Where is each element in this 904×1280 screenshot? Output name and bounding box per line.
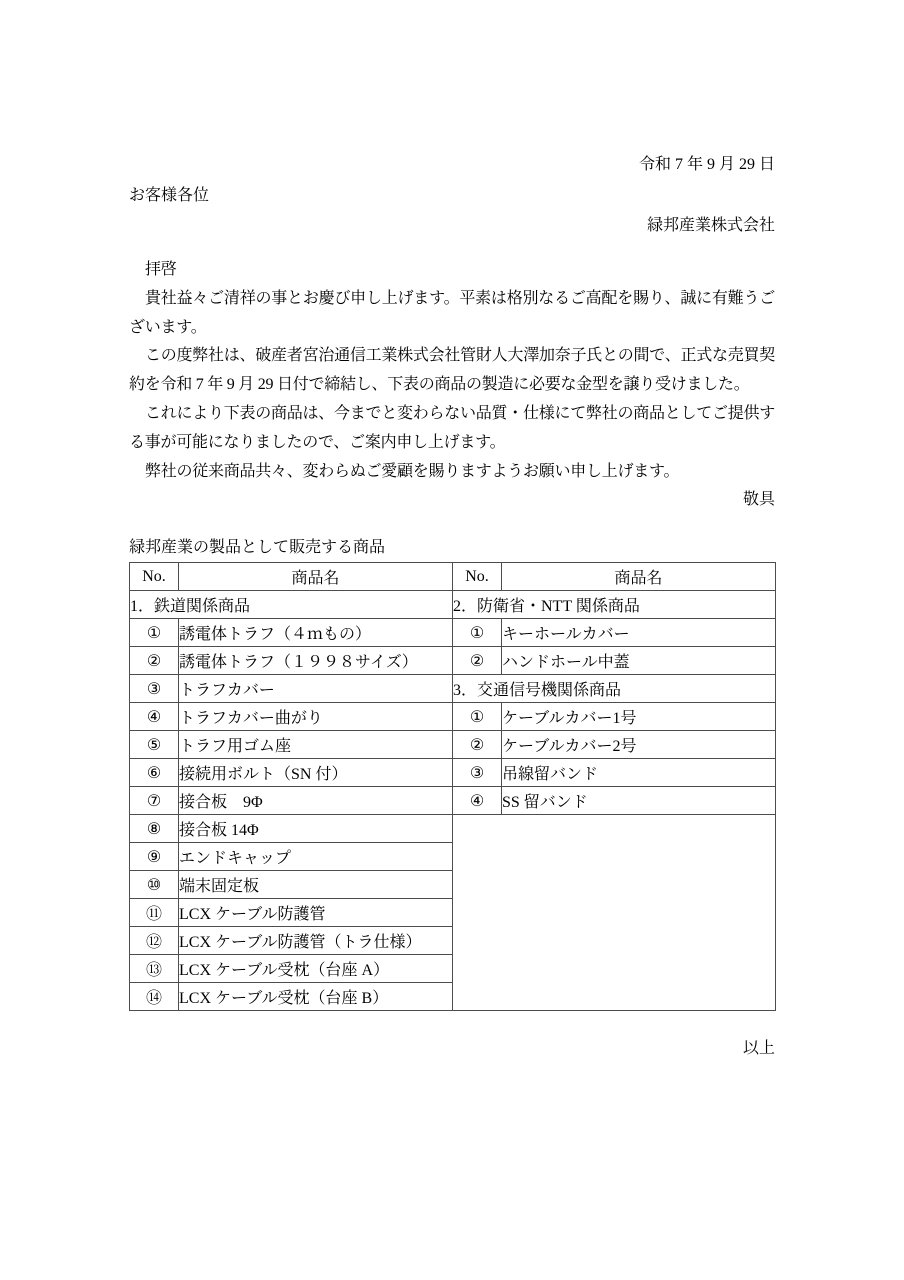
row-name: トラフカバー: [179, 675, 453, 703]
row-name: LCX ケーブル防護管（トラ仕様）: [179, 927, 453, 955]
row-name: 接合板 14Φ: [179, 815, 453, 843]
row-no: ①: [453, 703, 502, 731]
salutation: 拝啓: [129, 256, 775, 285]
row-no: ②: [453, 647, 502, 675]
row-name: LCX ケーブル防護管: [179, 899, 453, 927]
table-header-row: No. 商品名 No. 商品名: [130, 563, 776, 591]
row-no: ③: [453, 759, 502, 787]
row-no: ⑪: [130, 899, 179, 927]
letter-body: 拝啓 貴社益々ご清祥の事とお慶び申し上げます。平素は格別なるご高配を賜り、誠に有…: [129, 256, 775, 515]
row-no: ⑩: [130, 871, 179, 899]
row-name: 接続用ボルト（SN 付）: [179, 759, 453, 787]
row-name: ケーブルカバー1号: [502, 703, 776, 731]
col-header-no-left: No.: [130, 563, 179, 591]
row-no: ⑤: [130, 731, 179, 759]
row-no: ⑧: [130, 815, 179, 843]
table-title: 緑邦産業の製品として販売する商品: [129, 534, 385, 557]
row-name: 吊線留バンド: [502, 759, 776, 787]
sender-company: 緑邦産業株式会社: [129, 212, 775, 235]
row-name: 誘電体トラフ（１９９８サイズ）: [179, 647, 453, 675]
footer-ijou: 以上: [129, 1035, 775, 1058]
row-name: LCX ケーブル受枕（台座 B）: [179, 983, 453, 1011]
row-no: ①: [453, 619, 502, 647]
row-name: ハンドホール中蓋: [502, 647, 776, 675]
paragraph-announcement: これにより下表の商品は、今までと変わらない品質・仕様にて弊社の商品としてご提供す…: [129, 400, 775, 458]
row-name: 端末固定板: [179, 871, 453, 899]
table-row: ③ トラフカバー 3．交通信号機関係商品: [130, 675, 776, 703]
row-name: 誘電体トラフ（４ｍもの）: [179, 619, 453, 647]
paragraph-greeting: 貴社益々ご清祥の事とお慶び申し上げます。平素は格別なるご高配を賜り、誠に有難うご…: [129, 285, 775, 343]
table-row: ④ トラフカバー曲がり ① ケーブルカバー1号: [130, 703, 776, 731]
row-name: キーホールカバー: [502, 619, 776, 647]
col-header-name-left: 商品名: [179, 563, 453, 591]
row-no: ⑨: [130, 843, 179, 871]
table-row: ⑧ 接合板 14Φ: [130, 815, 776, 843]
closing: 敬具: [129, 486, 775, 515]
row-no: ⑭: [130, 983, 179, 1011]
recipient: お客様各位: [129, 182, 209, 205]
paragraph-acquisition: この度弊社は、破産者宮治通信工業株式会社管財人大澤加奈子氏との間で、正式な売買契…: [129, 342, 775, 400]
row-name: トラフ用ゴム座: [179, 731, 453, 759]
row-no: ④: [130, 703, 179, 731]
table-row: ② 誘電体トラフ（１９９８サイズ） ② ハンドホール中蓋: [130, 647, 776, 675]
table-row: ⑤ トラフ用ゴム座 ② ケーブルカバー2号: [130, 731, 776, 759]
row-name: SS 留バンド: [502, 787, 776, 815]
document-page: 令和 7 年 9 月 29 日 お客様各位 緑邦産業株式会社 拝啓 貴社益々ご清…: [0, 0, 904, 1280]
table-row: ⑦ 接合板 9Φ ④ SS 留バンド: [130, 787, 776, 815]
row-no: ⑦: [130, 787, 179, 815]
section-railway: 1．鉄道関係商品: [130, 591, 453, 619]
paragraph-request: 弊社の従来商品共々、変わらぬご愛顧を賜りますようお願い申し上げます。: [129, 458, 775, 487]
row-no: ①: [130, 619, 179, 647]
row-name: エンドキャップ: [179, 843, 453, 871]
row-name: 接合板 9Φ: [179, 787, 453, 815]
row-no: ③: [130, 675, 179, 703]
section-defense-ntt: 2．防衛省・NTT 関係商品: [453, 591, 776, 619]
table-row: ① 誘電体トラフ（４ｍもの） ① キーホールカバー: [130, 619, 776, 647]
row-no: ⑬: [130, 955, 179, 983]
col-header-name-right: 商品名: [502, 563, 776, 591]
col-header-no-right: No.: [453, 563, 502, 591]
date-line: 令和 7 年 9 月 29 日: [129, 151, 775, 174]
products-table: No. 商品名 No. 商品名 1．鉄道関係商品 2．防衛省・NTT 関係商品 …: [129, 562, 776, 1011]
row-no: ④: [453, 787, 502, 815]
section-traffic-signal: 3．交通信号機関係商品: [453, 675, 776, 703]
row-no: ②: [130, 647, 179, 675]
empty-cell: [453, 815, 776, 1011]
row-name: ケーブルカバー2号: [502, 731, 776, 759]
row-no: ②: [453, 731, 502, 759]
table-row: ⑥ 接続用ボルト（SN 付） ③ 吊線留バンド: [130, 759, 776, 787]
row-no: ⑫: [130, 927, 179, 955]
row-name: トラフカバー曲がり: [179, 703, 453, 731]
row-name: LCX ケーブル受枕（台座 A）: [179, 955, 453, 983]
row-no: ⑥: [130, 759, 179, 787]
section-row: 1．鉄道関係商品 2．防衛省・NTT 関係商品: [130, 591, 776, 619]
